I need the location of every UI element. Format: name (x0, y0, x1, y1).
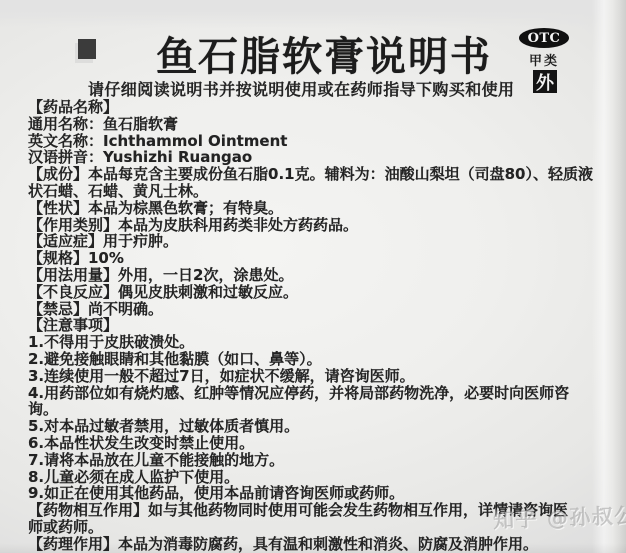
otc-badge-label: OTC (528, 31, 561, 46)
body-line: 5.对本品过敏者禁用，过敏体质者慎用。 (28, 418, 622, 435)
body-line: 1.不得用于皮肤破溃处。 (28, 334, 622, 351)
body-line: 【用法用量】外用，一日2次，涂患处。 (28, 267, 622, 284)
leaflet-title: 鱼石脂软膏说明书 (156, 25, 492, 82)
body-line: 【药品名称】 (28, 99, 622, 116)
photo-top-shade (0, 0, 626, 28)
leaflet-photo: 鱼石脂软膏说明书 请仔细阅读说明书并按说明使用或在药师指导下购买和使用 OTC … (0, 0, 626, 553)
body-line: 【性状】本品为棕黑色软膏；有特臭。 (28, 200, 622, 217)
body-line: 询。 (28, 401, 622, 418)
print-registration-mark (78, 39, 96, 59)
leaflet-subtitle: 请仔细阅读说明书并按说明使用或在药师指导下购买和使用 (88, 77, 514, 100)
body-line: 【作用类别】本品为皮肤科用药类非处方药药品。 (28, 217, 622, 234)
watermark: 知乎 @孙叔公 (493, 499, 626, 534)
external-use-mark: 外 (533, 70, 557, 93)
body-line: 【注意事项】 (28, 317, 622, 334)
body-line: 【适应症】用于疖肿。 (28, 233, 622, 250)
body-line: 【规格】10% (28, 250, 622, 267)
body-line: 汉语拼音：Yushizhi Ruangao (28, 149, 622, 166)
body-line: 【禁忌】尚不明确。 (28, 301, 622, 318)
body-line: 7.请将本品放在儿童不能接触的地方。 (28, 452, 622, 469)
title-underline-mark (158, 70, 196, 73)
otc-class-label: 甲类 (519, 50, 569, 69)
body-line: 【成份】本品每克含主要成份鱼石脂0.1克。辅料为：油酸山梨坦（司盘80）、轻质液 (28, 166, 622, 183)
body-line: 通用名称：鱼石脂软膏 (28, 116, 622, 133)
body-line: 6.本品性状发生改变时禁止使用。 (28, 435, 622, 452)
body-line: 9.如正在使用其他药品，使用本品前请咨询医师或药师。 (28, 485, 622, 502)
body-line: 2.避免接触眼睛和其他黏膜（如口、鼻等）。 (28, 351, 622, 368)
otc-badge: OTC (519, 28, 569, 48)
body-line: 4.用药部位如有烧灼感、红肿等情况应停药，并将局部药物洗净，必要时向医师咨 (28, 385, 622, 402)
body-line: 状石蜡、石蜡、黄凡士林。 (28, 183, 622, 200)
body-line: 8.儿童必须在成人监护下使用。 (28, 469, 622, 486)
body-line: 【药理作用】本品为消毒防腐药，具有温和刺激性和消炎、防腐及消肿作用。 (28, 536, 622, 553)
leaflet-body-text: 【药品名称】通用名称：鱼石脂软膏英文名称：Ichthammol Ointment… (28, 99, 622, 553)
body-line: 3.连续使用一般不超过7日，如症状不缓解，请咨询医师。 (28, 368, 622, 385)
body-line: 【不良反应】偶见皮肤刺激和过敏反应。 (28, 284, 622, 301)
body-line: 英文名称：Ichthammol Ointment (28, 133, 622, 150)
